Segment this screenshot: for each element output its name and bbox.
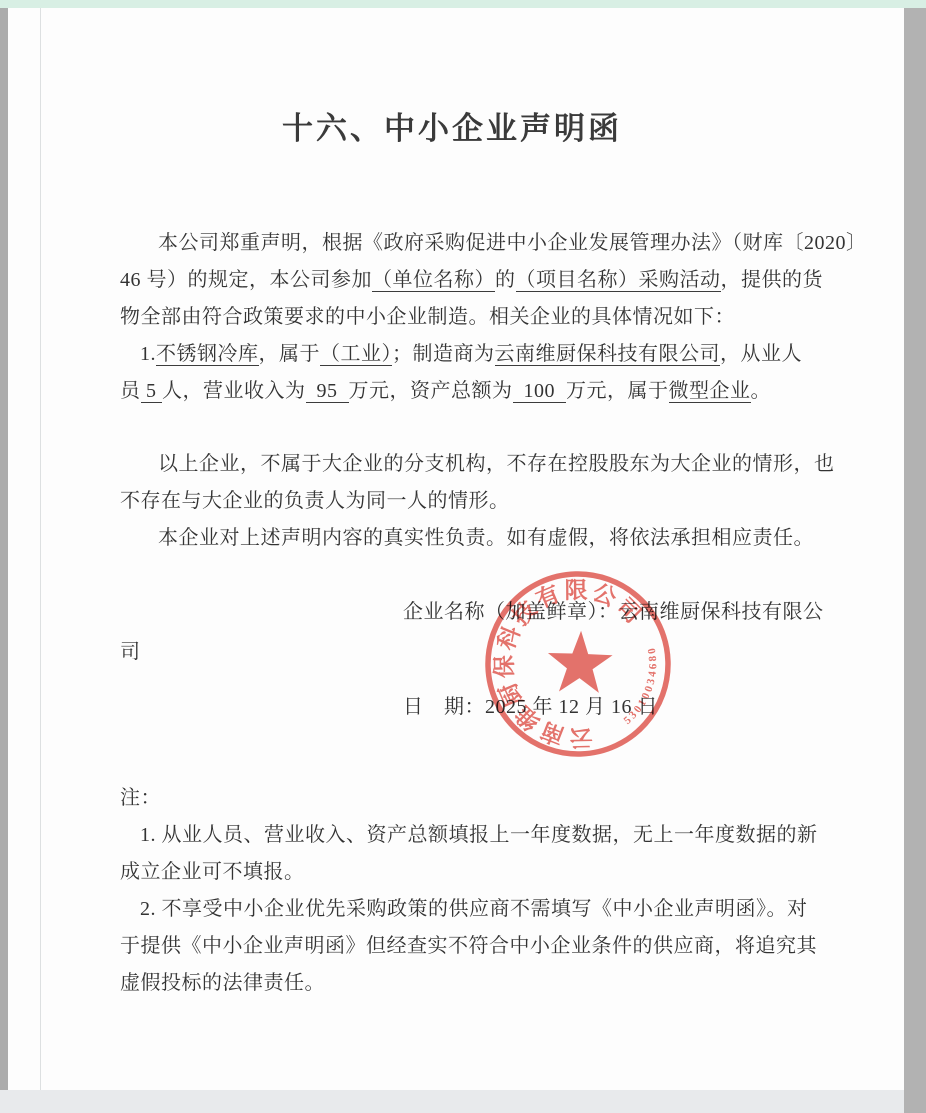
notes-section: 注： 1. 从业人员、营业收入、资产总额填报上一年度数据，无上一年度数据的新 成… [120, 780, 820, 1002]
note-line: 成立企业可不填报。 [120, 854, 820, 891]
body-text: ；制造商为 [392, 343, 495, 365]
company-name-line: 企业名称（加盖鲜章）：云南维厨保科技有限公 [403, 598, 824, 626]
revenue-value: 95 [306, 380, 349, 403]
body-text: 46 号）的规定，本公司参加 [120, 269, 372, 291]
body-text: 虚假投标的法律责任。 [120, 972, 325, 994]
seal-ring [463, 549, 694, 780]
project-name-blank: （项目名称）采购活动 [516, 269, 721, 292]
body-text: 万元，资产总额为 [349, 380, 513, 402]
paragraph-line: 本企业对上述声明内容的真实性负责。如有虚假，将依法承担相应责任。 [120, 520, 820, 557]
body-text: 1. 从业人员、营业收入、资产总额填报上一年度数据，无上一年度数据的新 [140, 824, 818, 846]
assets-value: 100 [513, 380, 567, 403]
scan-left-edge [0, 8, 8, 1090]
date-line: 日 期：2025 年 12 月 16 日 [403, 693, 658, 721]
page-fold-line [40, 8, 41, 1090]
seal-company-name: 云南维厨保科技有限公司 [467, 553, 653, 762]
note-line: 2. 不享受中小企业优先采购政策的供应商不需填写《中小企业声明函》。对 [120, 891, 820, 928]
industry-value: （工业） [320, 343, 392, 366]
body-text: 以上企业，不属于大企业的分支机构，不存在控股股东为大企业的情形，也 [158, 453, 835, 475]
body-text: 本公司郑重声明，根据《政府采购促进中小企业发展管理办法》（财库〔2020〕 [158, 232, 867, 254]
body-text: 成立企业可不填报。 [120, 861, 305, 883]
company-seal: 云南维厨保科技有限公司 5301003468001 [450, 536, 706, 792]
body-text: 人，营业收入为 [162, 380, 306, 402]
body-text: 不存在与大企业的负责人为同一人的情形。 [120, 490, 510, 512]
body-text: 注： [120, 787, 161, 809]
paragraph-line: 本公司郑重声明，根据《政府采购促进中小企业发展管理办法》（财库〔2020〕 [120, 225, 820, 262]
paragraph-line: 员 5 人，营业收入为 95 万元，资产总额为 100 万元，属于微型企业。 [120, 373, 820, 410]
declaration-paragraph: 本公司郑重声明，根据《政府采购促进中小企业发展管理办法》（财库〔2020〕 46… [120, 225, 820, 410]
goods-name-value: 不锈钢冷库 [156, 343, 259, 366]
unit-name-blank: （单位名称） [372, 269, 495, 292]
enterprise-type-value: 微型企业 [669, 380, 751, 403]
body-text: 本企业对上述声明内容的真实性负责。如有虚假，将依法承担相应责任。 [158, 527, 814, 549]
body-text: 1. [140, 343, 156, 365]
scan-right-edge [904, 8, 926, 1113]
note-line: 1. 从业人员、营业收入、资产总额填报上一年度数据，无上一年度数据的新 [120, 817, 820, 854]
body-text: 2. 不享受中小企业优先采购政策的供应商不需填写《中小企业声明函》。对 [140, 898, 808, 920]
statement-paragraphs: 以上企业，不属于大企业的分支机构，不存在控股股东为大企业的情形，也 不存在与大企… [120, 446, 820, 557]
body-text: 万元，属于 [566, 380, 669, 402]
scan-bottom-edge [0, 1090, 904, 1113]
body-text: 于提供《中小企业声明函》但经查实不符合中小企业条件的供应商，将追究其 [120, 935, 817, 957]
scan-top-strip [0, 0, 926, 8]
paragraph-line: 以上企业，不属于大企业的分支机构，不存在控股股东为大企业的情形，也 [120, 446, 820, 483]
body-text: ，属于 [259, 343, 321, 365]
manufacturer-value: 云南维厨保科技有限公司 [495, 343, 721, 366]
body-text: ，从业人 [720, 343, 802, 365]
note-line: 于提供《中小企业声明函》但经查实不符合中小企业条件的供应商，将追究其 [120, 928, 820, 965]
body-text: 物全部由符合政策要求的中小企业制造。相关企业的具体情况如下： [120, 306, 735, 328]
notes-label: 注： [120, 780, 820, 817]
paragraph-line: 1.不锈钢冷库，属于（工业）；制造商为云南维厨保科技有限公司，从业人 [120, 336, 820, 373]
body-text: ，提供的货 [721, 269, 824, 291]
document-title: 十六、中小企业声明函 [0, 103, 904, 148]
paragraph-line: 物全部由符合政策要求的中小企业制造。相关企业的具体情况如下： [120, 299, 820, 336]
body-text: 员 [120, 380, 141, 402]
employees-value: 5 [141, 380, 163, 403]
company-name-wrap: 司 [120, 638, 141, 666]
paragraph-line: 46 号）的规定，本公司参加（单位名称）的（项目名称）采购活动，提供的货 [120, 262, 820, 299]
body-text: 的 [495, 269, 516, 291]
note-line: 虚假投标的法律责任。 [120, 965, 820, 1002]
body-text: 。 [751, 380, 772, 402]
paragraph-line: 不存在与大企业的负责人为同一人的情形。 [120, 483, 820, 520]
